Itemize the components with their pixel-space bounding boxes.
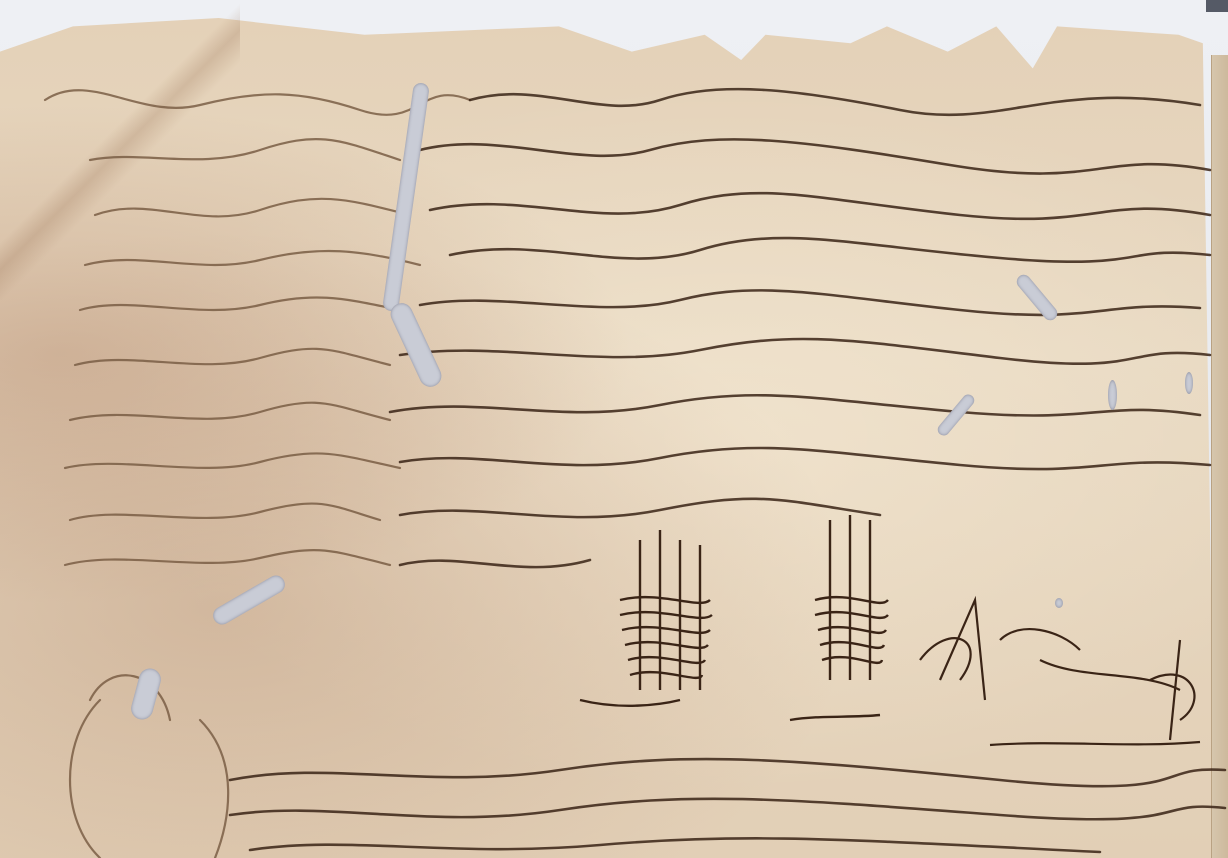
rubric-right: [790, 515, 888, 720]
signature-right: [920, 600, 1200, 745]
rubric-left: [580, 530, 712, 706]
dark-text-block: [230, 89, 1225, 852]
worm-hole: [1108, 380, 1117, 410]
worm-hole: [1055, 598, 1063, 608]
handwriting-ink: [0, 0, 1228, 858]
worm-hole: [1185, 372, 1193, 394]
